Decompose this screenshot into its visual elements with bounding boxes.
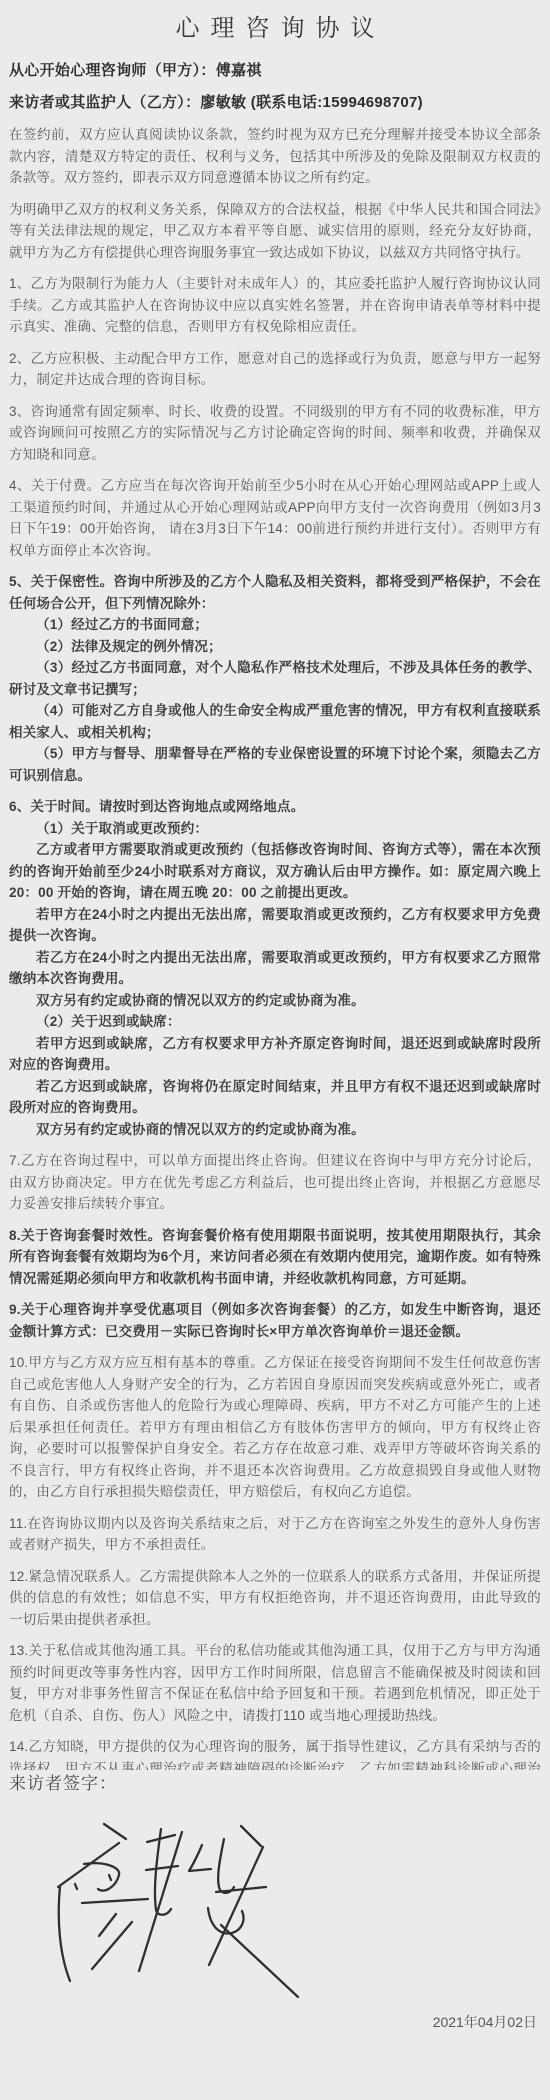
agreement-paragraph: 乙方或者甲方需要取消或更改预约（包括修改咨询时间、咨询方式等），需在本次预约的咨… bbox=[9, 839, 541, 904]
agreement-paragraph: 2、乙方应积极、主动配合甲方工作，愿意对自己的选择或行为负责，愿意与甲方一起努力… bbox=[9, 348, 541, 391]
agreement-paragraph: （2）法律及规定的例外情况； bbox=[9, 636, 541, 658]
agreement-block: 8.关于咨询套餐时效性。咨询套餐价格有使用期限书面说明，按其使用期限执行，其余所… bbox=[9, 1225, 541, 1290]
agreement-paragraph: 双方另有约定或协商的情况以双方的约定或协商为准。 bbox=[9, 990, 541, 1012]
agreement-block: 在签约前，双方应认真阅读协议条款，签约时视为双方已充分理解并接受本协议全部条款内… bbox=[9, 124, 541, 189]
agreement-block: 12.紧急情况联系人。乙方需提供除本人之外的一位联系人的联系方式备用，并保证所提… bbox=[9, 1566, 541, 1631]
agreement-paragraph: （2）关于迟到或缺席： bbox=[9, 1011, 541, 1033]
agreement-paragraph: 为明确甲乙双方的权利义务关系，保障双方的合法权益，根据《中华人民共和国合同法》等… bbox=[9, 199, 541, 264]
agreement-paragraph: 14.乙方知晓，甲方提供的仅为心理咨询的服务，属于指导性建议，乙方具有采纳与否的… bbox=[9, 1736, 541, 1770]
signature-handwriting bbox=[30, 1813, 310, 1998]
agreement-body: 在签约前，双方应认真阅读协议条款，签约时视为双方已充分理解并接受本协议全部条款内… bbox=[9, 124, 541, 1770]
agreement-block: 3、咨询通常有固定频率、时长、收费的设置。不同级别的甲方有不同的收费标准，甲方或… bbox=[9, 401, 541, 466]
agreement-flow: 心理咨询协议 从心开始心理咨询师（甲方）：傅嘉祺 来访者或其监护人（乙方）：廖敏… bbox=[9, 6, 541, 1770]
agreement-paragraph: 7.乙方在咨询过程中，可以单方面提出终止咨询。但建议在咨询中与甲方充分讨论后，由… bbox=[9, 1150, 541, 1215]
agreement-paragraph: 若乙方迟到或缺席，咨询将仍在原定时间结束，并且甲方有权不退还迟到或缺席时段所对应… bbox=[9, 1076, 541, 1119]
agreement-block: 11.在咨询协议期内以及咨询关系结束之后，对于乙方在咨询室之外发生的意外人身伤害… bbox=[9, 1513, 541, 1556]
agreement-paragraph: 在签约前，双方应认真阅读协议条款，签约时视为双方已充分理解并接受本协议全部条款内… bbox=[9, 124, 541, 189]
agreement-block: 4、关于付费。乙方应当在每次咨询开始前至少5小时在从心开始心理网站或APP上或人… bbox=[9, 475, 541, 561]
agreement-paragraph: 10.甲方与乙方双方应互相有基本的尊重。乙方保证在接受咨询期间不发生任何故意伤害… bbox=[9, 1352, 541, 1503]
agreement-paragraph: 8.关于咨询套餐时效性。咨询套餐价格有使用期限书面说明，按其使用期限执行，其余所… bbox=[9, 1225, 541, 1290]
agreement-block: 为明确甲乙双方的权利义务关系，保障双方的合法权益，根据《中华人民共和国合同法》等… bbox=[9, 199, 541, 264]
agreement-paragraph: 若甲方迟到或缺席，乙方有权要求甲方补齐原定咨询时间，退还迟到或缺席时段所对应的咨… bbox=[9, 1033, 541, 1076]
agreement-block: 5、关于保密性。咨询中所涉及的乙方个人隐私及相关资料，都将受到严格保护，不会在任… bbox=[9, 571, 541, 786]
agreement-block: 1、乙方为限制行为能力人（主要针对未成年人）的，其应委托监护人履行咨询协议认同手… bbox=[9, 273, 541, 338]
signature-date: 2021年04月02日 bbox=[433, 2012, 537, 2032]
agreement-paragraph: 9.关于心理咨询并享受优惠项目（例如多次咨询套餐）的乙方，如发生中断咨询，退还金… bbox=[9, 1299, 541, 1342]
agreement-paragraph: （1）经过乙方的书面同意； bbox=[9, 614, 541, 636]
agreement-block: 6、关于时间。请按时到达咨询地点或网络地点。（1）关于取消或更改预约：乙方或者甲… bbox=[9, 796, 541, 1140]
party-b-line: 来访者或其监护人（乙方）：廖敏敏 (联系电话:15994698707) bbox=[9, 92, 541, 114]
agreement-paragraph: 若乙方在24小时之内提出无法出席，需要取消或更改预约，甲方有权要求乙方照常缴纳本… bbox=[9, 947, 541, 990]
agreement-block: 10.甲方与乙方双方应互相有基本的尊重。乙方保证在接受咨询期间不发生任何故意伤害… bbox=[9, 1352, 541, 1503]
agreement-paragraph: （3）经过乙方书面同意，对个人隐私作严格技术处理后，不涉及具体任务的教学、研讨及… bbox=[9, 657, 541, 700]
agreement-block: 9.关于心理咨询并享受优惠项目（例如多次咨询套餐）的乙方，如发生中断咨询，退还金… bbox=[9, 1299, 541, 1342]
agreement-block: 7.乙方在咨询过程中，可以单方面提出终止咨询。但建议在咨询中与甲方充分讨论后，由… bbox=[9, 1150, 541, 1215]
agreement-paragraph: 11.在咨询协议期内以及咨询关系结束之后，对于乙方在咨询室之外发生的意外人身伤害… bbox=[9, 1513, 541, 1556]
agreement-block: 14.乙方知晓，甲方提供的仅为心理咨询的服务，属于指导性建议，乙方具有采纳与否的… bbox=[9, 1736, 541, 1770]
agreement-paragraph: （5）甲方与督导、朋辈督导在严格的专业保密设置的环境下讨论个案，须隐去乙方可识别… bbox=[9, 743, 541, 786]
agreement-paragraph: 1、乙方为限制行为能力人（主要针对未成年人）的，其应委托监护人履行咨询协议认同手… bbox=[9, 273, 541, 338]
agreement-paragraph: 5、关于保密性。咨询中所涉及的乙方个人隐私及相关资料，都将受到严格保护，不会在任… bbox=[9, 571, 541, 614]
agreement-paragraph: （1）关于取消或更改预约： bbox=[9, 818, 541, 840]
party-a-line: 从心开始心理咨询师（甲方）：傅嘉祺 bbox=[9, 60, 541, 82]
agreement-paragraph: （4）可能对乙方自身或他人的生命安全构成严重危害的情况，甲方有权利直接联系相关家… bbox=[9, 700, 541, 743]
agreement-paragraph: 4、关于付费。乙方应当在每次咨询开始前至少5小时在从心开始心理网站或APP上或人… bbox=[9, 475, 541, 561]
agreement-page: 心理咨询协议 从心开始心理咨询师（甲方）：傅嘉祺 来访者或其监护人（乙方）：廖敏… bbox=[0, 0, 550, 2100]
agreement-block: 2、乙方应积极、主动配合甲方工作，愿意对自己的选择或行为负责，愿意与甲方一起努力… bbox=[9, 348, 541, 391]
page-title: 心理咨询协议 bbox=[9, 8, 541, 43]
agreement-paragraph: 若甲方在24小时之内提出无法出席，需要取消或更改预约，乙方有权要求甲方免费提供一… bbox=[9, 904, 541, 947]
agreement-paragraph: 双方另有约定或协商的情况以双方的约定或协商为准。 bbox=[9, 1119, 541, 1141]
agreement-paragraph: 12.紧急情况联系人。乙方需提供除本人之外的一位联系人的联系方式备用，并保证所提… bbox=[9, 1566, 541, 1631]
agreement-paragraph: 6、关于时间。请按时到达咨询地点或网络地点。 bbox=[9, 796, 541, 818]
agreement-block: 13.关于私信或其他沟通工具。平台的私信功能或其他沟通工具，仅用于乙方与甲方沟通… bbox=[9, 1640, 541, 1726]
signature-label: 来访者签字： bbox=[9, 1769, 117, 1794]
agreement-paragraph: 13.关于私信或其他沟通工具。平台的私信功能或其他沟通工具，仅用于乙方与甲方沟通… bbox=[9, 1640, 541, 1726]
agreement-paragraph: 3、咨询通常有固定频率、时长、收费的设置。不同级别的甲方有不同的收费标准，甲方或… bbox=[9, 401, 541, 466]
